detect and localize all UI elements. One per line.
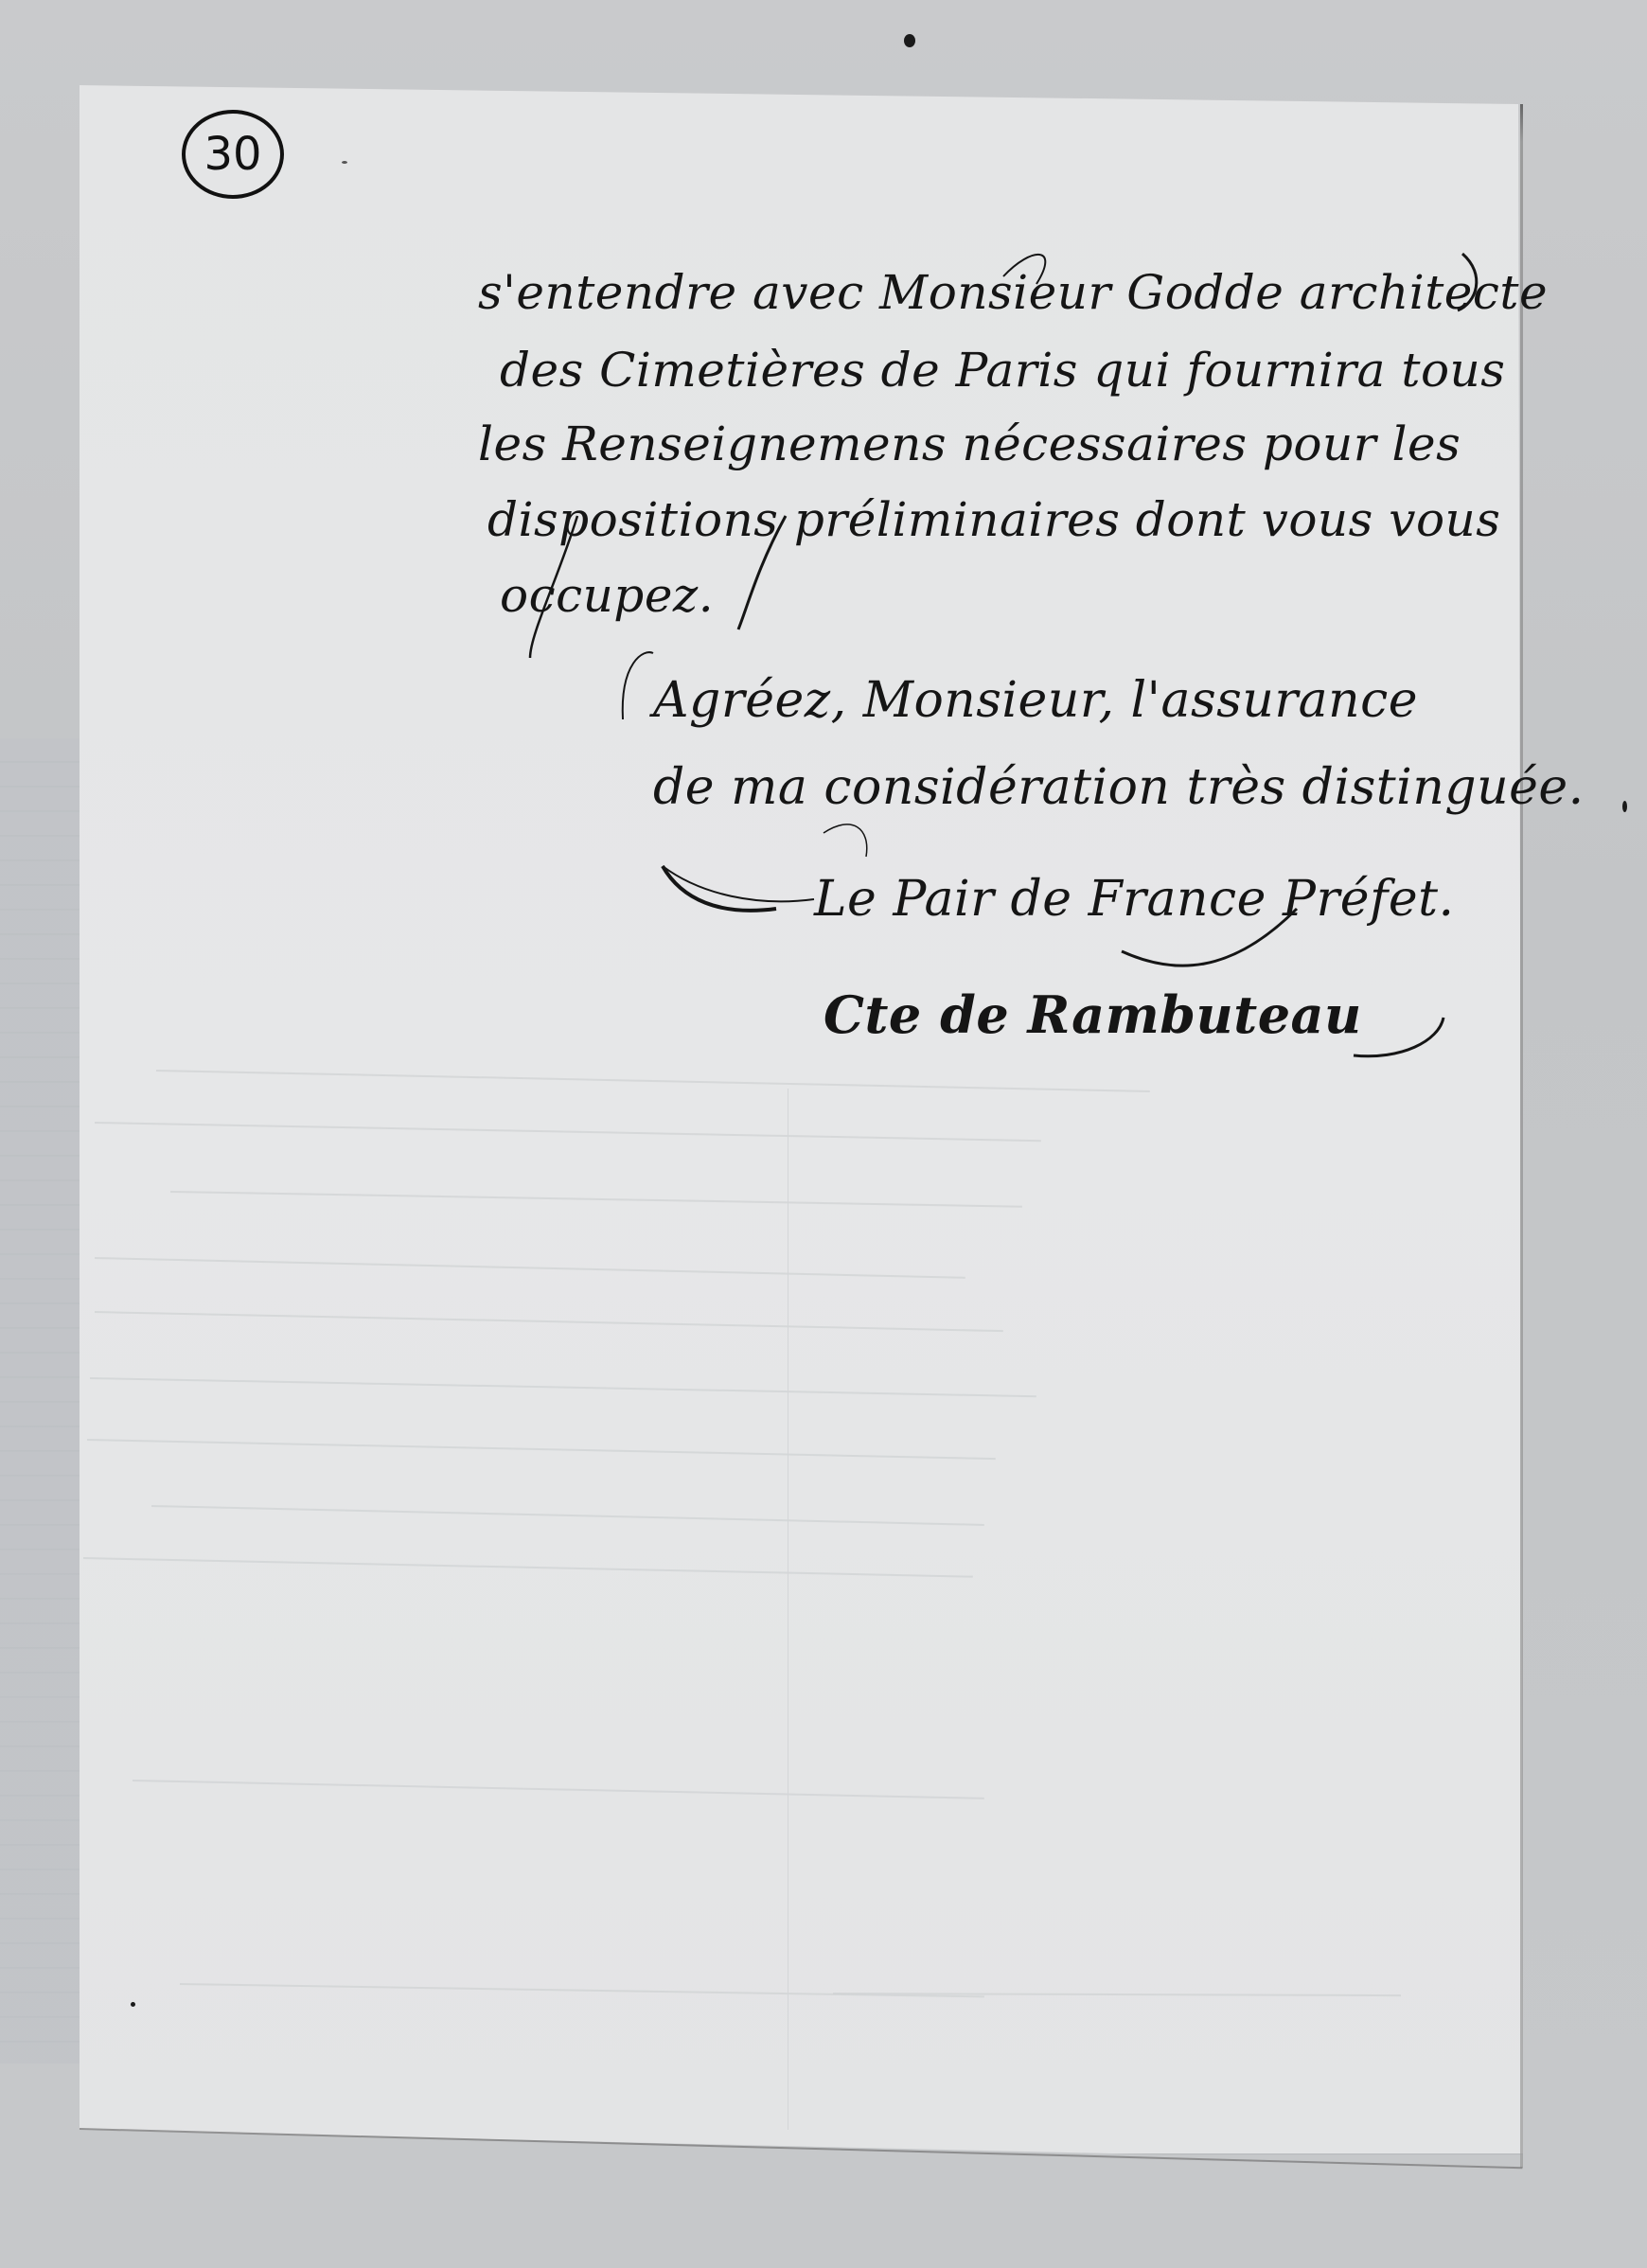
- ink-speck: [131, 2002, 135, 2007]
- title-flourish: [0, 0, 1647, 2268]
- ink-speck: [342, 161, 347, 164]
- ink-speck: [1622, 801, 1627, 812]
- ink-speck: [904, 34, 915, 47]
